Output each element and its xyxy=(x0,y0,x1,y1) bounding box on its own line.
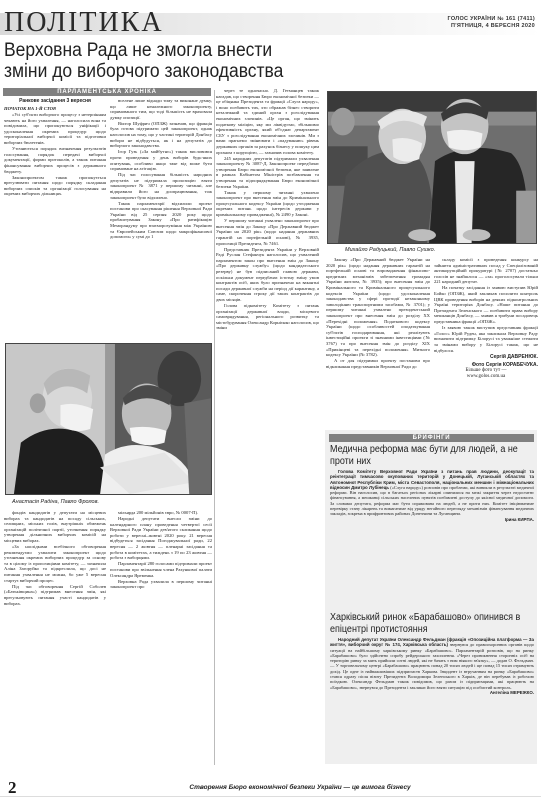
paragraph: А от для підтримки проекту постанови про… xyxy=(326,358,430,369)
photo-image xyxy=(328,92,536,243)
article-column-5: складу комісії з проведення конкурсу на … xyxy=(434,257,538,427)
paragraph: «За наслідками всебічного обговорення ре… xyxy=(4,544,106,583)
brief-title-barabashovo: Харківський ринок «Барабашово» опинився … xyxy=(330,612,528,635)
footer-slogan: Створення Бюро економічної безпеки Украї… xyxy=(150,784,450,791)
footer-divider xyxy=(0,796,541,797)
brief-byline: Ірина КИРПА. xyxy=(330,517,534,522)
paragraph: Також парламентарії відхилили проект пос… xyxy=(110,201,212,240)
more-photos-link[interactable]: www.golos.com.ua xyxy=(434,374,538,380)
paragraph: Із заявою також виступив представник фра… xyxy=(434,325,538,353)
article-byline: Сергій ДАВРЕНЮК. xyxy=(434,355,538,361)
paragraph: Народні депутати внесли зміни до календа… xyxy=(110,516,212,561)
paragraph: Ігор Гузь («За майбутнє») також висловив… xyxy=(110,149,212,171)
article-column-2: вселене лише віднади тому та виконане ду… xyxy=(110,98,212,331)
paragraph: Також у першому читанні ухвалено законоп… xyxy=(216,190,319,218)
paragraph: Під час обговорення Сергій Соболев («Бат… xyxy=(4,584,106,606)
paragraph: «Усі суб'єкти виборчого процесу з нетерп… xyxy=(4,112,106,146)
paragraph: Парламентарії 280 голосами підтримали пр… xyxy=(110,561,212,578)
paragraph: Під час голосування більшість народних д… xyxy=(110,172,212,200)
continued-from-label: ПОЧАТОК НА 1-Й СТОР. xyxy=(4,106,106,112)
brief-text: звернувся до правоохоронних органів щодо… xyxy=(330,642,534,689)
article-column-2-continued: мільярда 200 мільйонів євро, № 0007-П). … xyxy=(110,510,212,765)
section-bar-briefs: БРИФІНГИ xyxy=(329,434,534,442)
issue-date: П'ЯТНИЦЯ, 4 ВЕРЕСНЯ 2020 xyxy=(448,23,536,30)
section-bar-parliament-chronicle: ПАРЛАМЕНТСЬКА ХРОНІКА xyxy=(3,88,211,96)
article-column-1-continued: фондів кандидатів у депутати на місцевих… xyxy=(4,510,106,765)
paragraph: складу комісії з проведення конкурсу на … xyxy=(434,257,538,285)
paragraph: мільярда 200 мільйонів євро, № 0007-П). xyxy=(110,510,212,516)
brief-text: («Слуга народу») розповів про проблеми, … xyxy=(330,485,534,516)
page-number: 2 xyxy=(8,778,17,798)
photo-caption-2: Михайло Радуцький, Павло Сушко. xyxy=(345,247,435,253)
article-subhead: Ранкове засідання 3 вересня xyxy=(4,98,106,104)
paragraph: Закону «Про Державний бюджет України на … xyxy=(326,257,430,358)
column-divider xyxy=(214,90,215,765)
paragraph: Представник Президента України у Верховн… xyxy=(216,247,319,303)
paragraph: Віктор Шуфрич (ОПЗЖ) зазначив, що фракці… xyxy=(110,121,212,149)
paragraph: У першому читанні ухвалено законопроект … xyxy=(216,218,319,246)
paragraph: Уточнюється порядок визначення результат… xyxy=(4,146,106,174)
paragraph: Верховна Рада ухвалила в першому читанні… xyxy=(110,579,212,590)
paragraph: через те одночасно. Д. Гетманцев також н… xyxy=(216,88,319,155)
brief-body-medical-reform: Голова Комітету Верховної Ради України з… xyxy=(330,469,534,609)
article-headline: Верховна Рада не змогла внести зміни до … xyxy=(4,40,317,82)
brief-byline: Ангеліна МЕРЕЖКО. xyxy=(330,690,534,695)
newspaper-issue-info: ГОЛОС УКРАЇНИ № 161 (7411) П'ЯТНИЦЯ, 4 В… xyxy=(448,16,536,30)
photo-radutskyi-sushko xyxy=(327,91,537,244)
article-column-4: Закону «Про Державний бюджет України на … xyxy=(326,257,430,427)
brief-body-barabashovo: Народний депутат України Олександр Фельд… xyxy=(330,637,534,761)
brief-title-medical-reform: Медична реформа має бути для людей, а не… xyxy=(330,444,528,467)
section-rubric: ПОЛІТИКА xyxy=(4,8,164,38)
masthead: ПОЛІТИКА ГОЛОС УКРАЇНИ № 161 (7411) П'ЯТ… xyxy=(0,8,541,36)
paragraph: вселене лише віднади тому та виконане ду… xyxy=(110,98,212,120)
paragraph: фондів кандидатів у депутати на місцевих… xyxy=(4,510,106,544)
paragraph: 245 народних депутатів підтримали ухвале… xyxy=(216,156,319,190)
article-column-1: Ранкове засідання 3 вересня ПОЧАТОК НА 1… xyxy=(4,98,106,331)
photo-caption-1: Анастасія Радіна, Павло Фролов. xyxy=(12,499,99,505)
article-column-3: через те одночасно. Д. Гетманцев також н… xyxy=(216,88,319,765)
photo-radina-frolov xyxy=(5,343,212,495)
paragraph: На початку засідання із заявою виступив … xyxy=(434,285,538,324)
paragraph: Голова підкомітету Комітету з питань орг… xyxy=(216,303,319,331)
photo-image xyxy=(6,344,211,494)
issue-number: ГОЛОС УКРАЇНИ № 161 (7411) xyxy=(448,16,536,23)
paragraph: Законопроектом також пропонується врегул… xyxy=(4,175,106,197)
